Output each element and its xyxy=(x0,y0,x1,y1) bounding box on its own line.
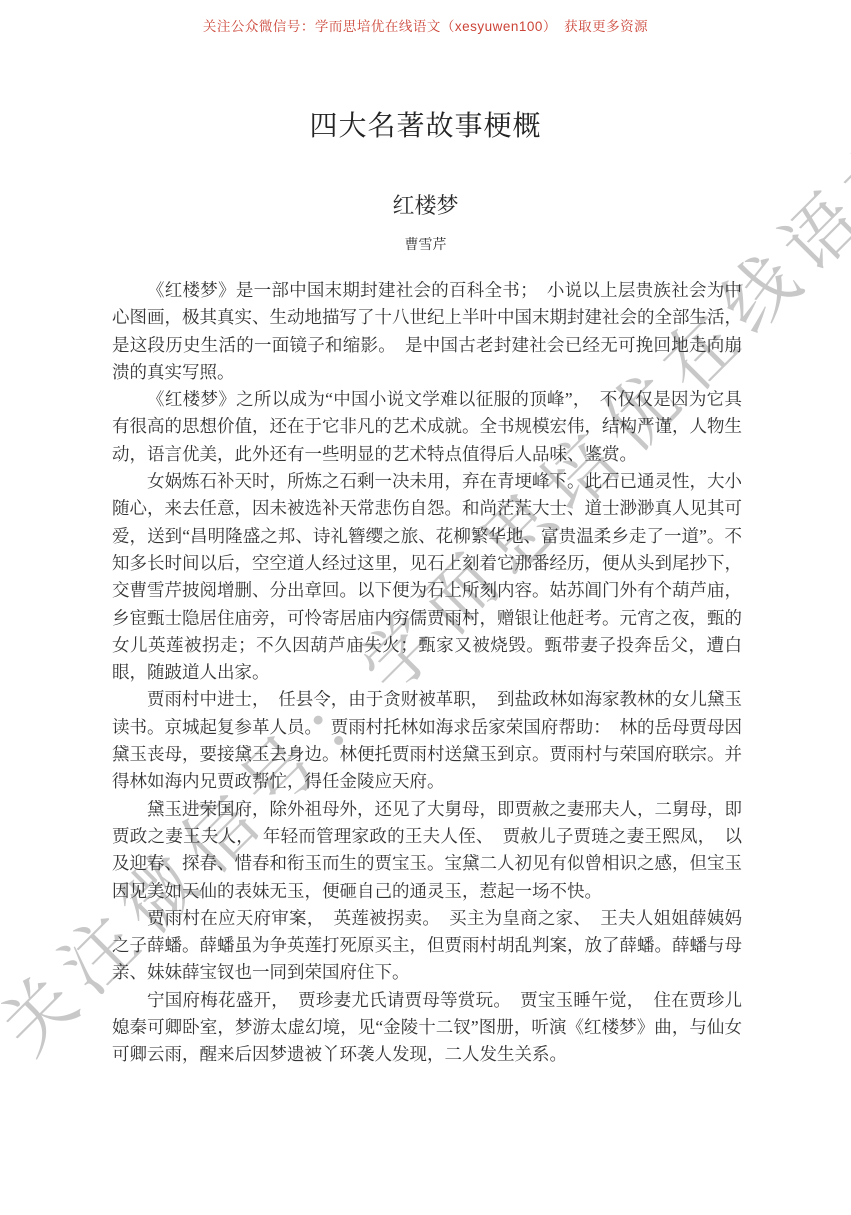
page-title: 四大名著故事梗概 xyxy=(0,104,851,144)
chapter-title: 红楼梦 xyxy=(0,189,851,220)
paragraph-1: 《红楼梦》是一部中国末期封建社会的百科全书； 小说以上层贵族社会为中心图画，极其… xyxy=(112,277,742,386)
paragraph-5: 黛玉进荣国府，除外祖母外，还见了大舅母，即贾赦之妻邢夫人，二舅母，即贾政之妻王夫… xyxy=(112,796,742,905)
header-notice: 关注公众微信号：学而思培优在线语文（xesyuwen100） 获取更多资源 xyxy=(0,15,851,35)
paragraph-4: 贾雨村中进士， 任县令，由于贪财被革职， 到盐政林如海家教林的女儿黛玉读书。京城… xyxy=(112,686,742,795)
paragraph-2: 《红楼梦》之所以成为“中国小说文学难以征服的顶峰”， 不仅仅是因为它具有很高的思… xyxy=(112,386,742,468)
paragraph-3: 女娲炼石补天时，所炼之石剩一决未用，弃在青埂峰下。此石已通灵性，大小随心，来去任… xyxy=(112,468,742,686)
author-name: 曹雪芹 xyxy=(0,234,851,254)
paragraph-7: 宁国府梅花盛开， 贾珍妻尤氏请贾母等赏玩。 贾宝玉睡午觉， 住在贾珍儿媳秦可卿卧… xyxy=(112,987,742,1069)
document-page: 关注微信号：学而思培优在线语文 关注公众微信号：学而思培优在线语文（xesyuw… xyxy=(0,0,851,1215)
document-body: 《红楼梦》是一部中国末期封建社会的百科全书； 小说以上层贵族社会为中心图画，极其… xyxy=(112,277,742,1069)
paragraph-6: 贾雨村在应天府审案， 英莲被拐卖。 买主为皇商之家、 王夫人姐姐薛姨妈之子薛蟠。… xyxy=(112,905,742,987)
